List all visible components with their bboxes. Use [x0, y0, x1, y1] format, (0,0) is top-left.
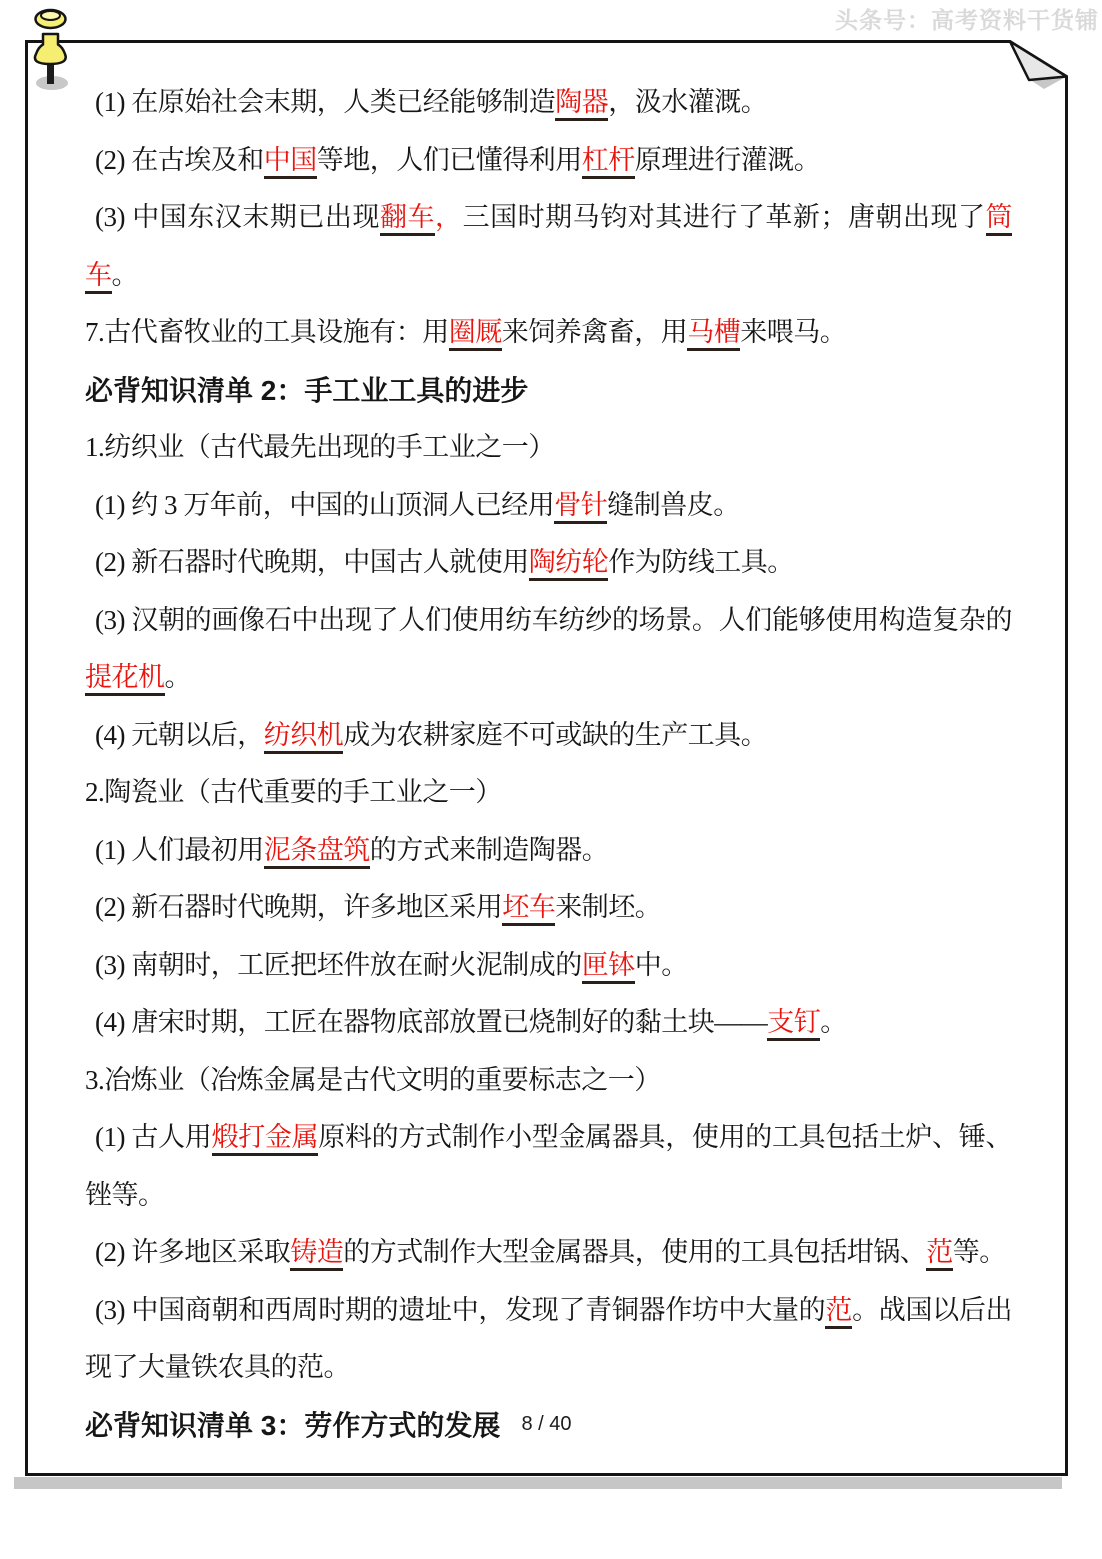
- keyword-highlight: 中国: [264, 145, 317, 179]
- text-run: 等。: [953, 1237, 1006, 1267]
- text-run: 作为防线工具。: [608, 547, 794, 577]
- keyword-highlight: 马槽: [687, 317, 740, 351]
- text-run: (4) 唐宋时期，工匠在器物底部放置已烧制好的黏土块——: [95, 1007, 767, 1037]
- text-run: 3.冶炼业（冶炼金属是古代文明的重要标志之一）: [85, 1065, 661, 1095]
- text-run: ，汲水灌溉。: [608, 87, 767, 117]
- text-run: 来制坯。: [555, 892, 661, 922]
- page-shadow: [14, 1477, 1062, 1489]
- paragraph: (1) 在原始社会末期，人类已经能够制造陶器，汲水灌溉。: [85, 74, 1012, 132]
- keyword-highlight: 提花机: [85, 662, 165, 696]
- paragraph: (1) 人们最初用泥条盘筑的方式来制造陶器。: [85, 822, 1012, 880]
- paragraph: (2) 在古埃及和中国等地，人们已懂得利用杠杆原理进行灌溉。: [85, 132, 1012, 190]
- paragraph: 3.冶炼业（冶炼金属是古代文明的重要标志之一）: [85, 1052, 1012, 1110]
- text-run: 7.古代畜牧业的工具设施有：用: [85, 317, 449, 347]
- paragraph: 2.陶瓷业（古代重要的手工业之一）: [85, 764, 1012, 822]
- text-run: 三国时期马钧对其进行了革新；唐朝出现了: [463, 202, 986, 232]
- text-run: (1) 约 3 万年前，中国的山顶洞人已经用: [95, 490, 554, 520]
- paragraph: (4) 唐宋时期，工匠在器物底部放置已烧制好的黏土块——支钉。: [85, 994, 1012, 1052]
- text-run: (3) 中国商朝和西周时期的遗址中，发现了青铜器作坊中大量的: [95, 1295, 825, 1325]
- keyword-highlight: 圈厩: [449, 317, 502, 351]
- text-run: 的方式来制造陶器。: [370, 835, 609, 865]
- keyword-highlight: 纺织机: [264, 720, 344, 754]
- keyword-highlight: 煅打金属: [212, 1122, 319, 1156]
- text-run: 。: [165, 662, 192, 692]
- keyword-highlight: 范: [926, 1237, 953, 1271]
- text-run: (2) 在古埃及和: [95, 145, 264, 175]
- paragraph: (3) 南朝时，工匠把坯件放在耐火泥制成的匣钵中。: [85, 937, 1012, 995]
- text-run: (3) 汉朝的画像石中出现了人们使用纺车纺纱的场景。人们能够使用构造复杂的: [95, 605, 1012, 635]
- text-run: 原理进行灌溉。: [635, 145, 821, 175]
- paragraph: (3) 中国商朝和西周时期的遗址中，发现了青铜器作坊中大量的范。战国以后出现了大…: [85, 1282, 1012, 1397]
- text-run: 成为农耕家庭不可或缺的生产工具。: [343, 720, 767, 750]
- paragraph: 1.纺织业（古代最先出现的手工业之一）: [85, 419, 1012, 477]
- keyword-highlight: 铸造: [290, 1237, 343, 1271]
- text-run: (1) 人们最初用: [95, 835, 264, 865]
- text-run: 来饲养禽畜，用: [502, 317, 688, 347]
- text-run: (4) 元朝以后，: [95, 720, 264, 750]
- paragraph: (2) 许多地区采取铸造的方式制作大型金属器具，使用的工具包括坩锅、范等。: [85, 1224, 1012, 1282]
- keyword-highlight: 陶纺轮: [529, 547, 609, 581]
- page-number: 8 / 40: [26, 1413, 1067, 1436]
- text-run: (1) 古人用: [95, 1122, 212, 1152]
- text-run: 。: [112, 260, 139, 290]
- keyword-highlight: 匣钵: [582, 950, 635, 984]
- paragraph: (3) 中国东汉末期已出现翻车，三国时期马钧对其进行了革新；唐朝出现了筒车。: [85, 189, 1012, 304]
- document-body: (1) 在原始社会末期，人类已经能够制造陶器，汲水灌溉。(2) 在古埃及和中国等…: [85, 74, 1012, 1454]
- text-run: 等地，人们已懂得利用: [317, 145, 582, 175]
- text-run: (2) 新石器时代晚期，许多地区采用: [95, 892, 502, 922]
- text-run: (2) 新石器时代晚期，中国古人就使用: [95, 547, 529, 577]
- text-run: 缝制兽皮。: [607, 490, 740, 520]
- paragraph: (3) 汉朝的画像石中出现了人们使用纺车纺纱的场景。人们能够使用构造复杂的提花机…: [85, 592, 1012, 707]
- paragraph: (1) 古人用煅打金属原料的方式制作小型金属器具，使用的工具包括土炉、锤、锉等。: [85, 1109, 1012, 1224]
- watermark: 头条号：高考资料干货铺: [835, 2, 1099, 35]
- keyword-highlight: 范: [825, 1295, 852, 1329]
- keyword-highlight: 翻车: [380, 202, 435, 236]
- text-run: (2) 许多地区采取: [95, 1237, 290, 1267]
- keyword-highlight: 杠杆: [582, 145, 635, 179]
- keyword-highlight: 陶器: [555, 87, 608, 121]
- keyword-highlight: 泥条盘筑: [264, 835, 370, 869]
- paragraph: (1) 约 3 万年前，中国的山顶洞人已经用骨针缝制兽皮。: [85, 477, 1012, 535]
- text-run: (3) 南朝时，工匠把坯件放在耐火泥制成的: [95, 950, 582, 980]
- text-run: 。: [820, 1007, 847, 1037]
- text-run: (1) 在原始社会末期，人类已经能够制造: [95, 87, 555, 117]
- text-run: 2.陶瓷业（古代重要的手工业之一）: [85, 777, 502, 807]
- text-run: (3) 中国东汉末期已出现: [95, 202, 380, 232]
- keyword-highlight: 支钉: [767, 1007, 820, 1041]
- paragraph: 7.古代畜牧业的工具设施有：用圈厩来饲养禽畜，用马槽来喂马。: [85, 304, 1012, 362]
- paragraph: (4) 元朝以后，纺织机成为农耕家庭不可或缺的生产工具。: [85, 707, 1012, 765]
- keyword-highlight: 坯车: [502, 892, 555, 926]
- text-run: 1.纺织业（古代最先出现的手工业之一）: [85, 432, 555, 462]
- keyword-highlight: 骨针: [554, 490, 607, 524]
- text-run: 的方式制作大型金属器具，使用的工具包括坩锅、: [343, 1237, 926, 1267]
- text-run: 中。: [635, 950, 688, 980]
- red-text: ，: [435, 202, 463, 232]
- text-run: 来喂马。: [740, 317, 846, 347]
- pushpin-icon: [16, 2, 80, 94]
- text-run: 必背知识清单 2：手工业工具的进步: [85, 375, 528, 406]
- paragraph: (2) 新石器时代晚期，许多地区采用坯车来制坯。: [85, 879, 1012, 937]
- document-page: { "watermark": "头条号：高考资料干货铺", "footer": …: [0, 0, 1102, 1559]
- section-heading: 必背知识清单 2：手工业工具的进步: [85, 362, 1012, 420]
- paragraph: (2) 新石器时代晚期，中国古人就使用陶纺轮作为防线工具。: [85, 534, 1012, 592]
